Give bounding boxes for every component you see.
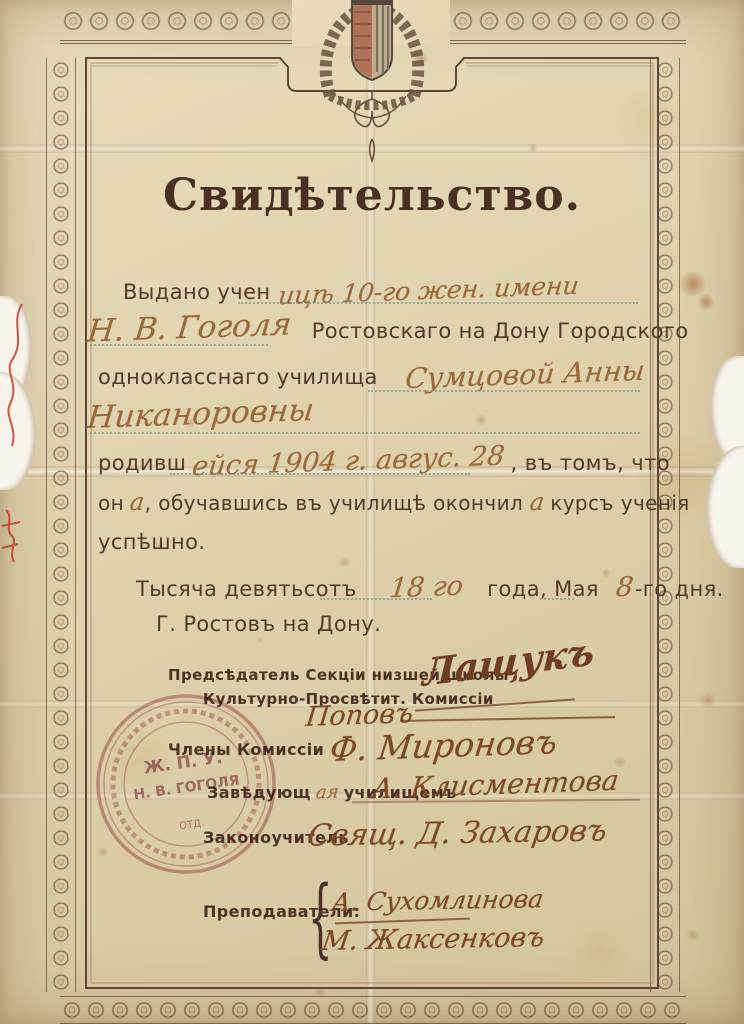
head-handwritten-ending: ая [315,782,340,804]
date-printed-c: -го дня. [635,577,724,601]
law-teacher-signature: Свящ. Д. Захаровъ [305,813,609,853]
body-line-1: Выдано учен ицѣ 10-го жен. имени [123,276,578,305]
line6-printed-text-b: , обучавшись въ училищѣ окончил [145,491,523,515]
ornament-band-bottom [60,996,686,1024]
members-signature: Ф. Мироновъ [328,722,560,769]
line6-printed-text-c: курсъ ученія [550,491,690,515]
body-line-7: успѣшно. [98,530,205,554]
line5-printed-text-b: , въ томъ, что [511,451,670,475]
city-line: Г. Ростовъ на Дону. [156,612,381,636]
line3-printed-text: однокласснаго училища [98,365,378,389]
dotted-rule-day [540,598,574,600]
coat-of-arms [300,0,444,112]
document-title: Свидѣтельство. [0,170,744,221]
document-page: Свидѣтельство. Выдано учен ицѣ 10-го жен… [0,0,744,1024]
body-line-2: Н. В. Гоголя Ростовскаго на Дону Городск… [88,310,689,346]
line5-printed-text-a: родивш [98,451,186,475]
dotted-rule-1 [238,302,638,304]
teacher-signature-2: М. Жаксенковъ [320,922,547,957]
stamp-line-1: Ж. П. У. [142,748,223,779]
line4-handwritten-entry: Никаноровны [86,392,316,436]
date-handwritten-day: 8 [614,572,635,604]
line1-printed-text: Выдано учен [123,280,271,304]
body-line-6: он а, обучавшись въ училищѣ окончил а ку… [98,488,690,516]
line5-handwritten-entry: ейся 1904 г. авгус. 28 [191,441,506,483]
dotted-rule-3 [368,390,640,392]
body-line-3: однокласснаго училища Сумцовой Анны [98,358,645,391]
dotted-rule-5 [170,473,470,475]
dotted-rule-year [320,598,432,600]
line3-handwritten-entry: Сумцовой Анны [404,354,647,395]
school-stamp: Ж. П. У. Н. В. ГОГОЛЯ ОТД. [84,692,288,876]
dotted-rule-4 [90,432,640,434]
body-line-4: Никаноровны [88,396,313,432]
teacher-signature-1: А. Сухомлинова [330,884,545,917]
line6-handwritten-b: а [528,488,545,516]
line6-printed-text-a: он [98,491,124,515]
line1-handwritten-entry: ицѣ 10-го жен. имени [277,271,581,310]
stamp-line-3: ОТД. [179,818,205,832]
line2-printed-text: Ростовскаго на Дону Городского [312,319,689,343]
dotted-rule-2 [90,344,268,346]
line6-handwritten-a: а [129,488,146,516]
red-margin-scribble [0,300,34,580]
